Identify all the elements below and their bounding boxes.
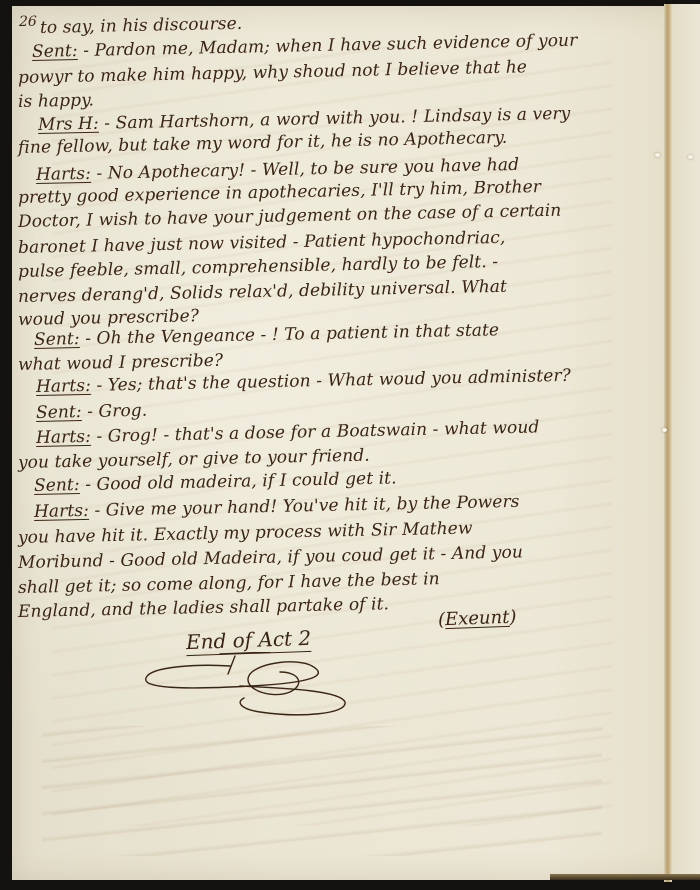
manuscript-line: Sent: - Grog. (36, 401, 148, 423)
manuscript-line: you take yourself, or give to your frien… (18, 446, 370, 473)
manuscript-line: Sent: - Good old madeira, if I could get… (34, 468, 397, 496)
manuscript-line: powyr to make him happy, why shoud not I… (18, 57, 527, 88)
calligraphic-flourish-icon (140, 652, 380, 722)
line-text: is happy. (18, 90, 94, 112)
speaker-label: Harts: (36, 376, 91, 397)
line-text: you take yourself, or give to your frien… (18, 446, 370, 473)
speaker-label: Mrs H: (38, 114, 99, 135)
line-text: - Give me your hand! You've hit it, by t… (94, 492, 519, 521)
line-text: powyr to make him happy, why shoud not I… (18, 57, 527, 88)
manuscript-line: Harts: - Grog! - that's a dose for a Boa… (36, 417, 540, 448)
line-text: to say, in his discourse. (40, 14, 243, 38)
manuscript-line: nerves derang'd, Solids relax'd, debilit… (18, 277, 507, 307)
page-number: 26 (19, 14, 37, 30)
line-text: - Grog! - that's a dose for a Boatswain … (96, 417, 539, 446)
speaker-label: Harts: (34, 501, 89, 522)
stage-direction-text: Exeunt (445, 607, 510, 630)
line-text: - Good old madeira, if I could get it. (85, 468, 397, 495)
manuscript-line: Harts: - Give me your hand! You've hit i… (34, 492, 520, 522)
manuscript-line: England, and the ladies shall partake of… (18, 594, 389, 622)
line-text: England, and the ladies shall partake of… (18, 594, 389, 622)
speaker-label: Sent: (36, 402, 82, 423)
manuscript-line: is happy. (18, 90, 94, 112)
line-text: Moribund - Good old Madeira, if you coud… (18, 542, 523, 573)
line-text: what woud I prescribe? (18, 351, 224, 375)
speaker-label: Sent: (34, 475, 80, 496)
stage-direction: (Exeunt) (438, 607, 517, 631)
manuscript-line: to say, in his discourse. (40, 14, 243, 38)
line-text: nerves derang'd, Solids relax'd, debilit… (18, 277, 507, 307)
speaker-label: Harts: (36, 427, 91, 448)
manuscript-line: you have hit it. Exactly my process with… (18, 518, 473, 548)
speaker-label: Sent: (34, 329, 80, 350)
line-text: - Grog. (87, 401, 147, 422)
speaker-label: Sent: (32, 41, 78, 62)
manuscript-text: 26 to say, in his discourse. Sent: - Par… (0, 0, 700, 890)
manuscript-line: what woud I prescribe? (18, 351, 224, 375)
line-text: you have hit it. Exactly my process with… (18, 518, 473, 548)
speaker-label: Harts: (36, 164, 91, 185)
manuscript-line: Moribund - Good old Madeira, if you coud… (18, 542, 523, 573)
